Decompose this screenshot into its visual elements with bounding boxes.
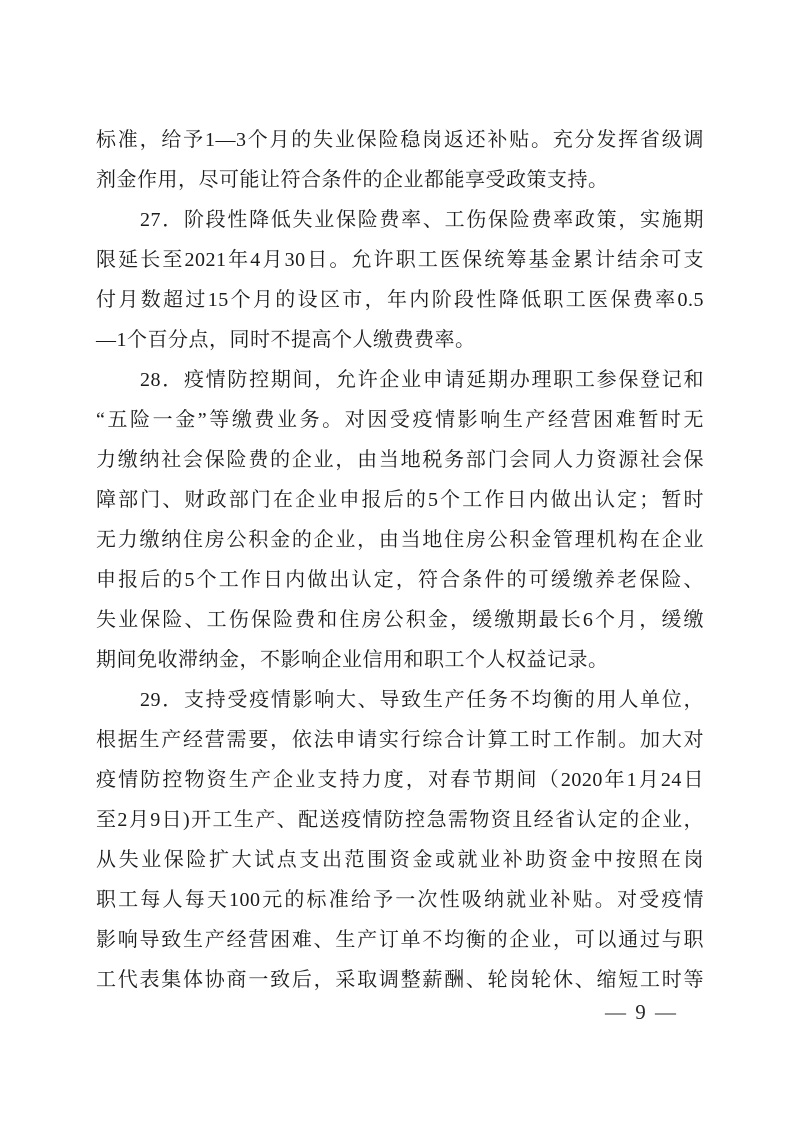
text-line: 剂金作用，尽可能让符合条件的企业都能享受政策支持。 bbox=[96, 160, 704, 200]
text-line: 障部门、财政部门在企业申报后的5个工作日内做出认定；暂时 bbox=[96, 480, 704, 520]
document-page: 标准，给予1—3个月的失业保险稳岗返还补贴。充分发挥省级调剂金作用，尽可能让符合… bbox=[0, 0, 800, 1131]
text-line: 期间免收滞纳金，不影响企业信用和职工个人权益记录。 bbox=[96, 640, 704, 680]
text-line: 标准，给予1—3个月的失业保险稳岗返还补贴。充分发挥省级调 bbox=[96, 120, 704, 160]
text-line: 职工每人每天100元的标准给予一次性吸纳就业补贴。对受疫情 bbox=[96, 880, 704, 920]
text-line: 限延长至2021年4月30日。允许职工医保统筹基金累计结余可支 bbox=[96, 240, 704, 280]
text-line: 29．支持受疫情影响大、导致生产任务不均衡的用人单位， bbox=[96, 680, 704, 720]
text-line: 从失业保险扩大试点支出范围资金或就业补助资金中按照在岗 bbox=[96, 840, 704, 880]
page-number: — 9 — bbox=[96, 1000, 704, 1025]
text-line: 影响导致生产经营困难、生产订单不均衡的企业，可以通过与职 bbox=[96, 920, 704, 960]
text-line: 力缴纳社会保险费的企业，由当地税务部门会同人力资源社会保 bbox=[96, 440, 704, 480]
paragraph-29: 29．支持受疫情影响大、导致生产任务不均衡的用人单位，根据生产经营需要，依法申请… bbox=[96, 680, 704, 1000]
text-line: 至2月9日)开工生产、配送疫情防控急需物资且经省认定的企业， bbox=[96, 800, 704, 840]
text-line: 失业保险、工伤保险费和住房公积金，缓缴期最长6个月，缓缴 bbox=[96, 600, 704, 640]
text-line: 工代表集体协商一致后，采取调整薪酬、轮岗轮休、缩短工时等 bbox=[96, 960, 704, 1000]
document-body: 标准，给予1—3个月的失业保险稳岗返还补贴。充分发挥省级调剂金作用，尽可能让符合… bbox=[96, 120, 704, 1000]
paragraph-26-continuation: 标准，给予1—3个月的失业保险稳岗返还补贴。充分发挥省级调剂金作用，尽可能让符合… bbox=[96, 120, 704, 200]
text-line: 无力缴纳住房公积金的企业，由当地住房公积金管理机构在企业 bbox=[96, 520, 704, 560]
text-line: 根据生产经营需要，依法申请实行综合计算工时工作制。加大对 bbox=[96, 720, 704, 760]
text-line: 疫情防控物资生产企业支持力度，对春节期间（2020年1月24日 bbox=[96, 760, 704, 800]
text-line: 28．疫情防控期间，允许企业申请延期办理职工参保登记和 bbox=[96, 360, 704, 400]
paragraph-28: 28．疫情防控期间，允许企业申请延期办理职工参保登记和“五险一金”等缴费业务。对… bbox=[96, 360, 704, 680]
text-line: —1个百分点，同时不提高个人缴费费率。 bbox=[96, 320, 704, 360]
text-line: 申报后的5个工作日内做出认定，符合条件的可缓缴养老保险、 bbox=[96, 560, 704, 600]
paragraph-27: 27．阶段性降低失业保险费率、工伤保险费率政策，实施期限延长至2021年4月30… bbox=[96, 200, 704, 360]
text-line: “五险一金”等缴费业务。对因受疫情影响生产经营困难暂时无 bbox=[96, 400, 704, 440]
text-line: 27．阶段性降低失业保险费率、工伤保险费率政策，实施期 bbox=[96, 200, 704, 240]
text-line: 付月数超过15个月的设区市，年内阶段性降低职工医保费率0.5 bbox=[96, 280, 704, 320]
